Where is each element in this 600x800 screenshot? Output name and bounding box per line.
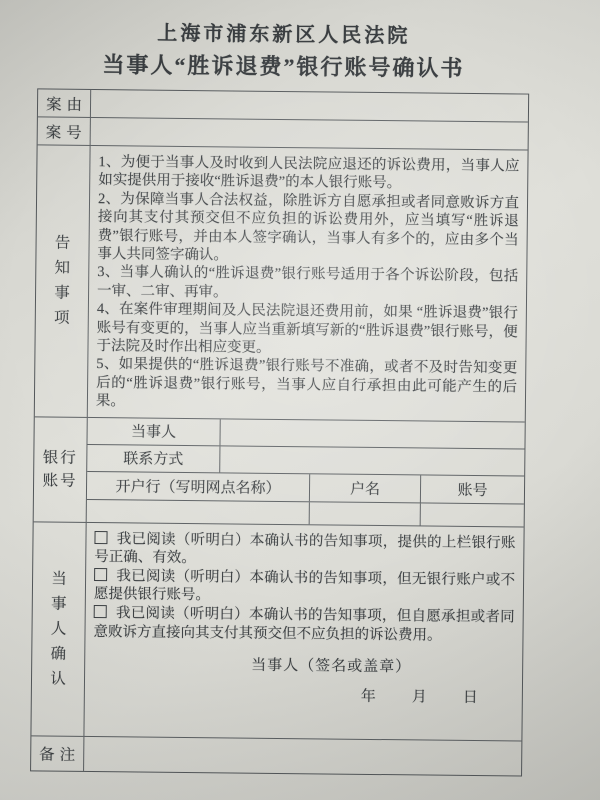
account-number-input-cell[interactable] (421, 503, 524, 526)
party-name-input-cell[interactable] (220, 419, 524, 448)
notice-text: 1、为便于当事人及时收到人民法院应退还的诉讼费用，当事人应如实提供用于接收“胜诉… (88, 146, 528, 421)
remarks-input-cell[interactable] (84, 737, 521, 776)
photo-background: 上海市浦东新区人民法院 当事人“胜诉退费”银行账号确认书 案由 案号 告知事 (0, 0, 600, 800)
remarks-label: 备注 (31, 736, 84, 771)
notice-item: 2、为保障当事人合法权益，除胜诉方自愿承担或者同意败诉方直接向其支付其预交但不应… (97, 190, 519, 268)
bank-account-grid: 当事人 联系方式 开户行（写明网点名称） 户名 账号 (87, 418, 525, 527)
confirm-option-text: 我已阅读（听明白）本确认书的告知事项，但自愿承担或者同意败诉方直接向其支付其预交… (93, 605, 514, 643)
form-paper: 上海市浦东新区人民法院 当事人“胜诉退费”银行账号确认书 案由 案号 告知事 (30, 11, 530, 776)
confirm-option-text: 我已阅读（听明白）本确认书的告知事项，但无银行账户或不愿提供银行账号。 (94, 568, 515, 604)
checkbox-icon[interactable] (94, 605, 107, 618)
remarks-row: 备注 (31, 735, 521, 775)
case-number-label: 案号 (38, 117, 91, 145)
notice-row: 告知事项 1、为便于当事人及时收到人民法院应退还的诉讼费用，当事人应如实提供用于… (35, 144, 528, 421)
confirm-text: 我已阅读（听明白）本确认书的告知事项，提供的上栏银行账号正确、有效。 我已阅读（… (84, 523, 523, 741)
form-title: 当事人“胜诉退费”银行账号确认书 (37, 49, 529, 84)
date-line: 年 月 日 (93, 685, 514, 708)
party-confirm-label: 当事人确认 (31, 522, 86, 736)
confirm-option-text: 我已阅读（听明白）本确认书的告知事项，提供的上栏银行账号正确、有效。 (94, 531, 515, 566)
day-label: 日 (463, 689, 478, 708)
checkbox-icon[interactable] (94, 531, 107, 544)
notice-item: 3、当事人确认的“胜诉退费”银行账号适用于各个诉讼阶段，包括一审、二审、再审。 (97, 263, 518, 304)
case-number-input-cell[interactable] (91, 118, 528, 150)
branch-header: 开户行（写明网点名称） (87, 472, 310, 501)
branch-input-cell[interactable] (87, 500, 310, 524)
case-cause-input-cell[interactable] (91, 90, 528, 122)
confirm-option: 我已阅读（听明白）本确认书的告知事项，但自愿承担或者同意败诉方直接向其支付其预交… (93, 604, 514, 646)
case-cause-label: 案由 (38, 89, 91, 117)
bank-header-row: 开户行（写明网点名称） 户名 账号 (87, 471, 524, 504)
case-cause-row: 案由 (38, 89, 528, 121)
notice-label: 告知事项 (35, 145, 91, 416)
bank-account-label: 银行账号 (34, 417, 88, 522)
notice-item: 5、如果提供的“胜诉退费”银行账号不准确，或者不及时告知变更后的“胜诉退费”银行… (96, 356, 518, 416)
account-name-input-cell[interactable] (310, 502, 421, 525)
notice-item: 4、在案件审理期间及人民法院退还费用前，如果 “胜诉退费”银行账号有变更的，当事… (96, 300, 518, 360)
contact-label: 联系方式 (87, 445, 220, 472)
signature-label: 当事人（签名或盖章） (93, 655, 514, 678)
party-name-label: 当事人 (87, 418, 220, 445)
year-label: 年 (361, 688, 376, 707)
account-name-header: 户名 (310, 474, 421, 502)
confirm-option: 我已阅读（听明白）本确认书的告知事项，提供的上栏银行账号正确、有效。 (94, 530, 515, 572)
court-title: 上海市浦东新区人民法院 (38, 19, 530, 50)
case-number-row: 案号 (38, 116, 528, 149)
party-confirm-row: 当事人确认 我已阅读（听明白）本确认书的告知事项，提供的上栏银行账号正确、有效。… (31, 521, 523, 740)
bank-account-row: 银行账号 当事人 联系方式 开户行（写明网点名称） 户名 账号 (34, 416, 525, 526)
bank-value-row (87, 499, 524, 527)
notice-item: 1、为便于当事人及时收到人民法院应退还的诉讼费用，当事人应如实提供用于接收“胜诉… (98, 153, 519, 194)
month-label: 月 (412, 688, 427, 707)
account-number-header: 账号 (421, 475, 524, 503)
form-table: 案由 案号 告知事项 1、为便于当事人及时收到人民法院应退还的诉讼费用，当事人应… (30, 88, 529, 776)
checkbox-icon[interactable] (94, 568, 107, 581)
contact-input-cell[interactable] (220, 446, 524, 475)
confirm-option: 我已阅读（听明白）本确认书的告知事项，但无银行账户或不愿提供银行账号。 (94, 567, 515, 609)
